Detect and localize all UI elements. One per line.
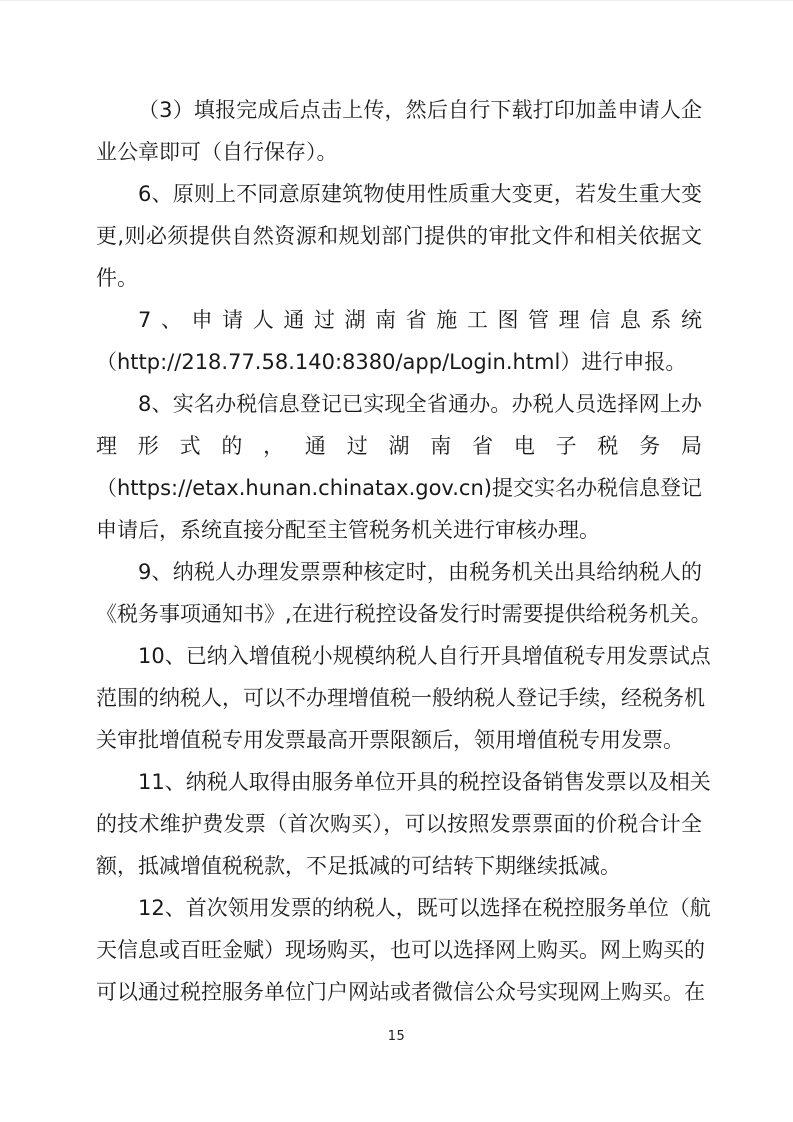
text-line: 业公章即可（自行保存）。: [96, 131, 702, 173]
paragraph: 12、首次领用发票的纳税人，既可以选择在税控服务单位（航天信息或百旺金赋）现场购…: [96, 887, 702, 1013]
paragraph: 10、已纳入增值税小规模纳税人自行开具增值税专用发票试点范围的纳税人，可以不办理…: [96, 635, 702, 761]
text-line: （http://218.77.58.140:8380/app/Login.htm…: [96, 341, 702, 383]
document-body: （3）填报完成后点击上传，然后自行下载打印加盖申请人企业公章即可（自行保存）。6…: [96, 89, 702, 1013]
text-line: 可以通过税控服务单位门户网站或者微信公众号实现网上购买。在: [96, 971, 702, 1013]
paragraph: （3）填报完成后点击上传，然后自行下载打印加盖申请人企业公章即可（自行保存）。: [96, 89, 702, 173]
text-line: 11、纳税人取得由服务单位开具的税控设备销售发票以及相关: [96, 761, 702, 803]
text-line: 的技术维护费发票（首次购买），可以按照发票票面的价税合计全: [96, 803, 702, 845]
text-line: 8、实名办税信息登记已实现全省通办。办税人员选择网上办: [96, 383, 702, 425]
text-line: 件。: [96, 257, 702, 299]
page-footer: 15: [0, 1025, 793, 1044]
text-line: 申请后，系统直接分配至主管税务机关进行审核办理。: [96, 509, 702, 551]
document-page: （3）填报完成后点击上传，然后自行下载打印加盖申请人企业公章即可（自行保存）。6…: [0, 0, 793, 1122]
paragraph: 9、纳税人办理发票票种核定时，由税务机关出具给纳税人的《税务事项通知书》,在进行…: [96, 551, 702, 635]
page-number: 15: [388, 1029, 406, 1044]
paragraph: 6、原则上不同意原建筑物使用性质重大变更，若发生重大变更,则必须提供自然资源和规…: [96, 173, 702, 299]
text-line: （https://etax.hunan.chinatax.gov.cn)提交实名…: [96, 467, 702, 509]
text-line: 《税务事项通知书》,在进行税控设备发行时需要提供给税务机关。: [96, 593, 702, 635]
text-line: 12、首次领用发票的纳税人，既可以选择在税控服务单位（航: [96, 887, 702, 929]
paragraph: 11、纳税人取得由服务单位开具的税控设备销售发票以及相关的技术维护费发票（首次购…: [96, 761, 702, 887]
text-line: 理形式的，通过湖南省电子税务局: [96, 425, 702, 467]
text-line: 7、申请人通过湖南省施工图管理信息系统: [96, 299, 702, 341]
text-line: 6、原则上不同意原建筑物使用性质重大变更，若发生重大变: [96, 173, 702, 215]
text-line: 更,则必须提供自然资源和规划部门提供的审批文件和相关依据文: [96, 215, 702, 257]
text-line: 额，抵减增值税税款，不足抵减的可结转下期继续抵减。: [96, 845, 702, 887]
paragraph: 7、申请人通过湖南省施工图管理信息系统（http://218.77.58.140…: [96, 299, 702, 383]
text-line: （3）填报完成后点击上传，然后自行下载打印加盖申请人企: [96, 89, 702, 131]
text-line: 9、纳税人办理发票票种核定时，由税务机关出具给纳税人的: [96, 551, 702, 593]
text-line: 范围的纳税人，可以不办理增值税一般纳税人登记手续，经税务机: [96, 677, 702, 719]
text-line: 天信息或百旺金赋）现场购买，也可以选择网上购买。网上购买的: [96, 929, 702, 971]
text-line: 关审批增值税专用发票最高开票限额后，领用增值税专用发票。: [96, 719, 702, 761]
paragraph: 8、实名办税信息登记已实现全省通办。办税人员选择网上办理形式的，通过湖南省电子税…: [96, 383, 702, 551]
text-line: 10、已纳入增值税小规模纳税人自行开具增值税专用发票试点: [96, 635, 702, 677]
